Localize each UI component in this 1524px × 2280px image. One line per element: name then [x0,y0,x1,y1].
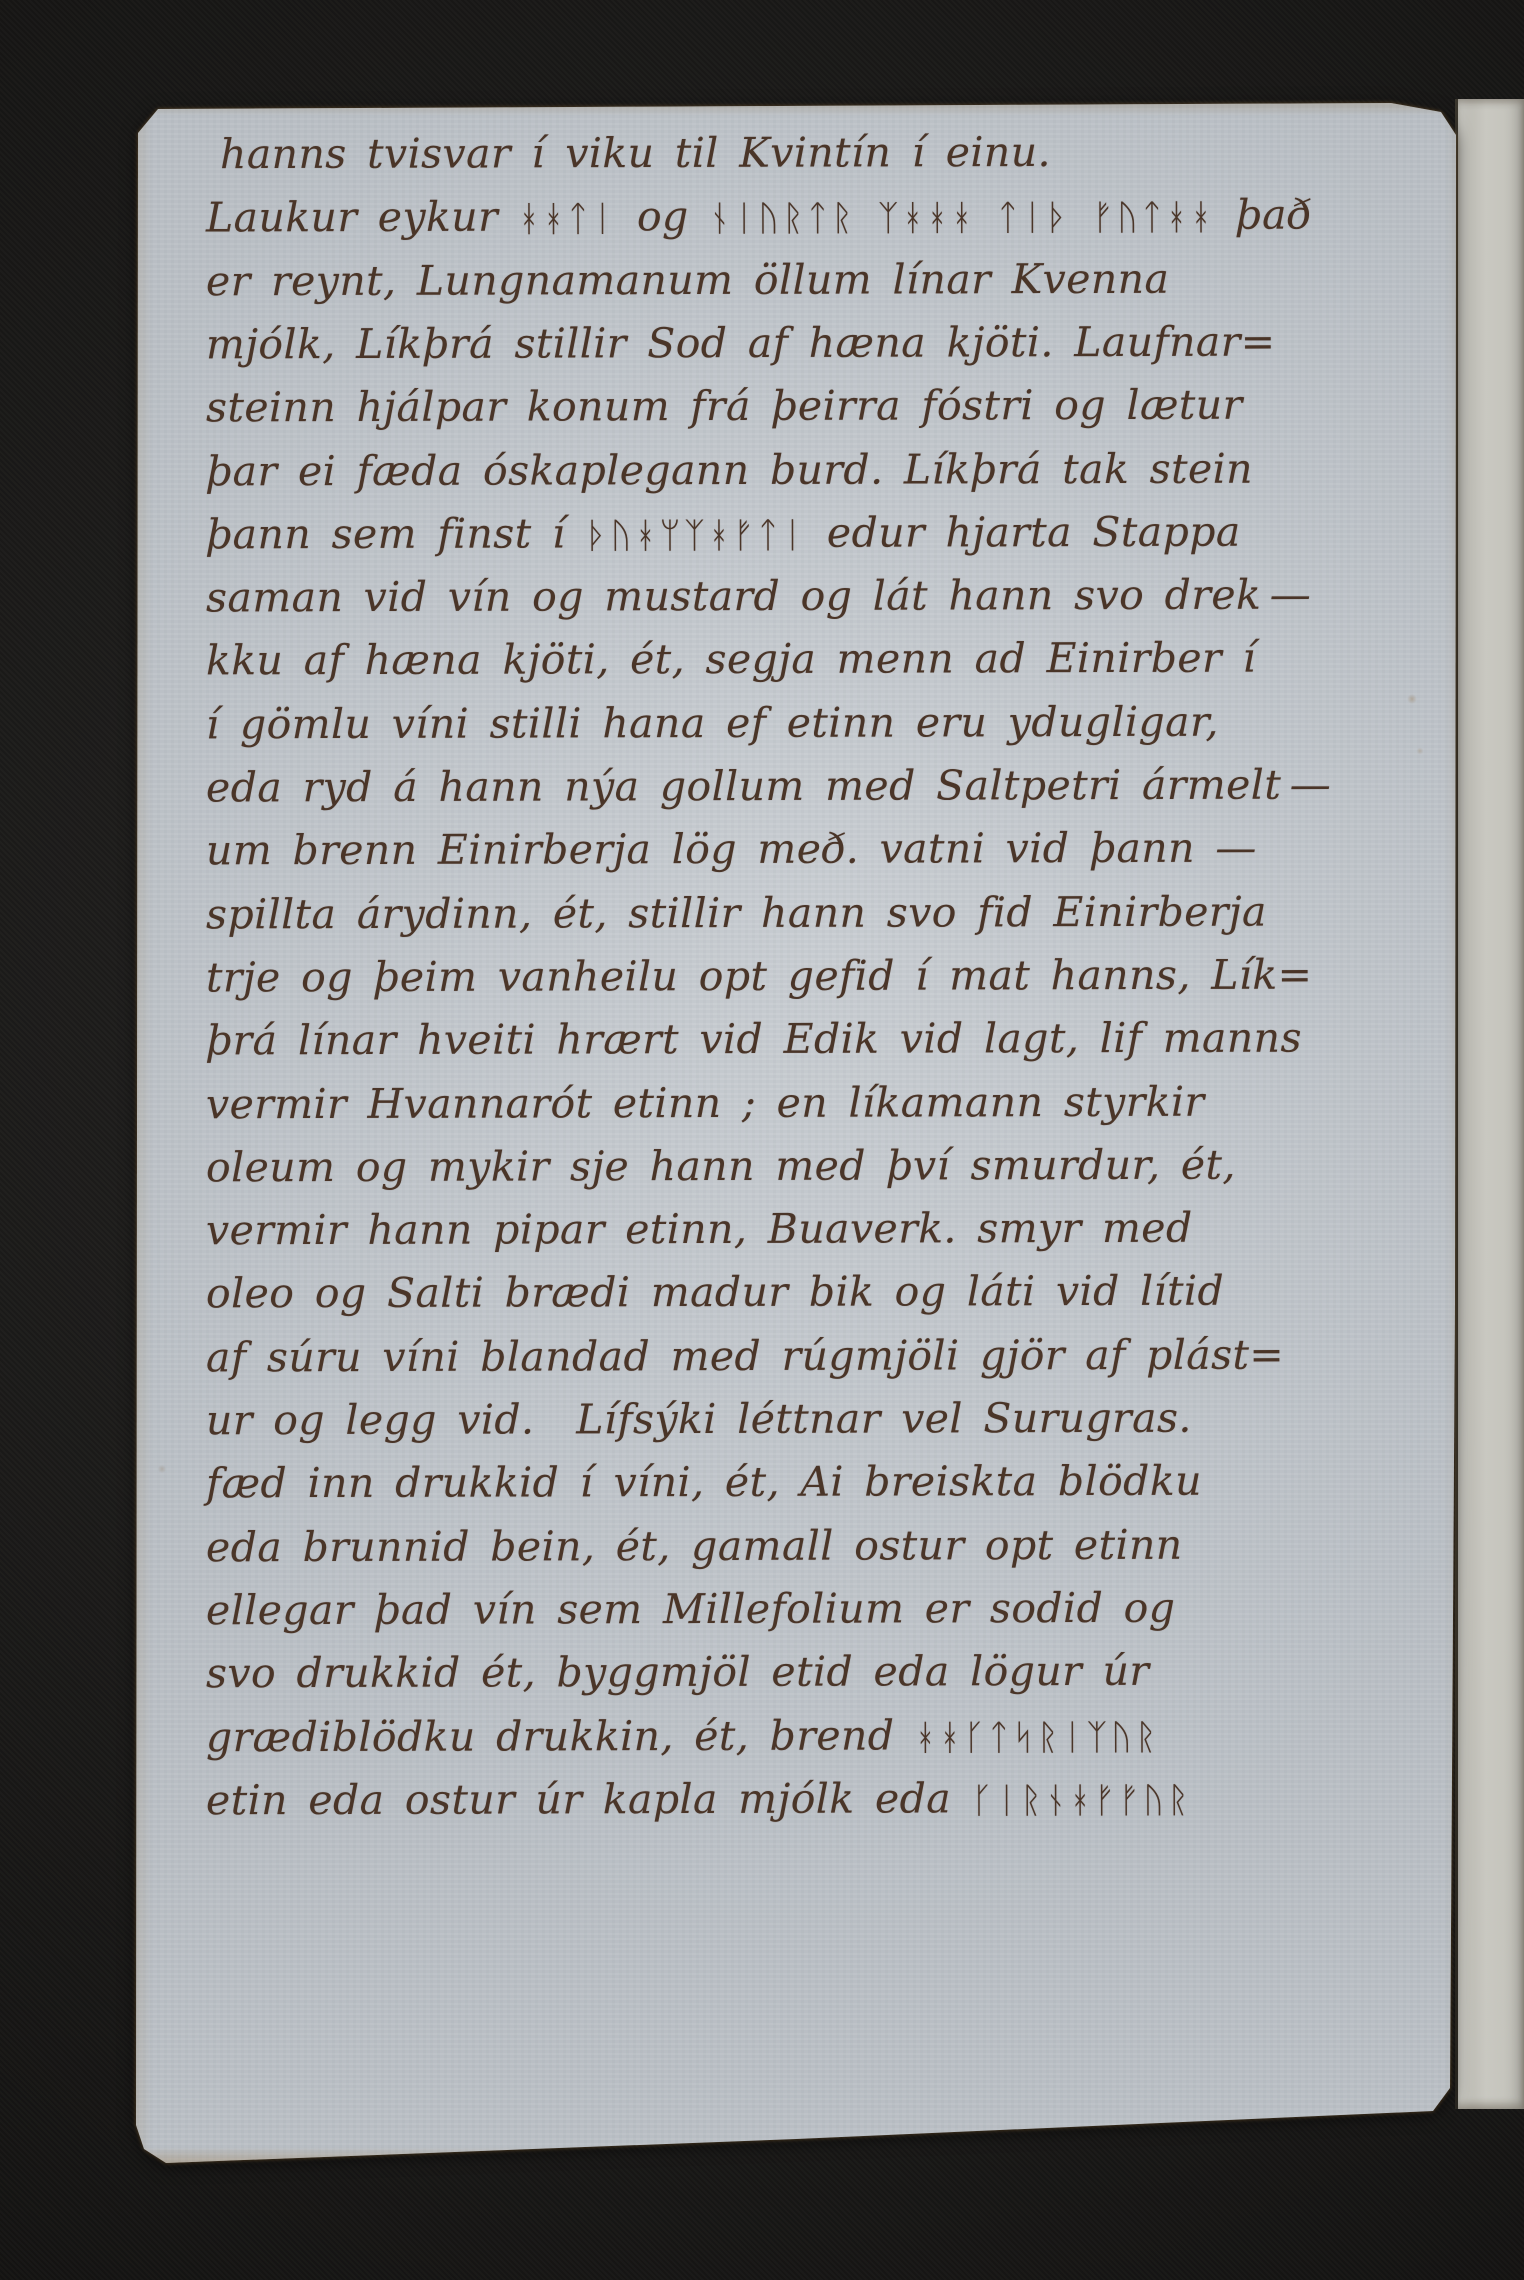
scan-photo: { "document": { "type": "handwritten-man… [0,0,1524,2280]
manuscript-line: trje og þeim vanheilu opt gefid í mat ha… [206,954,1312,998]
manuscript-line: vermir hann pipar etinn, Buaverk. smyr m… [206,1208,1193,1252]
manuscript-line: eda ryd á hann nýa gollum med Saltpetri … [206,765,1331,809]
handwriting-text: ur og legg vid. Lífsýki léttnar vel Suru… [206,1394,1192,1445]
manuscript-line: hanns tvisvar í viku til Kvintín í einu. [220,132,1051,175]
handwriting-text: mjólk, Líkþrá stillir Sod af hæna kjöti.… [206,317,1276,368]
manuscript-page: hanns tvisvar í viku til Kvintín í einu.… [136,103,1458,2165]
manuscript-line: grædiblödku drukkin, ét, brend ᚼᚼᚴᛏᛋᚱᛁᛉᚢ… [206,1714,1160,1757]
handwriting-text: edur hjarta Stappa [806,507,1240,556]
manuscript-line: vermir Hvannarót etinn ; en líkamann sty… [206,1081,1205,1125]
manuscript-line: er reynt, Lungnamanum öllum línar Kvenna [206,258,1169,302]
handwriting-text: fæd inn drukkid í víni, ét, Ai breiskta … [206,1457,1202,1508]
runic-cipher-text: ᚼᚼᚴᛏᛋᚱᛁᛉᚢᚱ [915,1717,1160,1758]
manuscript-page-wrap: hanns tvisvar í viku til Kvintín í einu.… [136,103,1458,2165]
handwriting-text: etin eda ostur úr kapla mjólk eda [206,1774,972,1824]
handwriting-text: hanns tvisvar í viku til Kvintín í einu. [220,128,1051,178]
adjacent-page-edge [1455,99,1524,2109]
runic-cipher-text: ᚾᛁᚢᚱᛏᚱ ᛉᚼᚼᚼ ᛏᛁᚦ ᚠᚢᛏᚼᚼ [709,198,1215,239]
manuscript-line: þrá línar hveiti hrært vid Edik vid lagt… [206,1018,1302,1062]
manuscript-line: þar ei fæda óskaplegann burd. Líkþrá tak… [206,448,1253,492]
handwriting-text: eda ryd á hann nýa gollum med Saltpetri … [206,761,1331,812]
handwriting-text: ellegar þad vín sem Millefolium er sodid… [206,1584,1175,1635]
handwriting-text: Laukur eykur [206,193,519,242]
manuscript-line: etin eda ostur úr kapla mjólk eda ᚴᛁᚱᚾᚼᚠ… [206,1778,1192,1822]
handwriting-text: spillta árydinn, ét, stillir hann svo fi… [206,887,1267,938]
handwriting-text: steinn hjálpar konum frá þeirra fóstri o… [206,381,1243,432]
manuscript-line: í gömlu víni stilli hana ef etinn eru yd… [206,701,1219,745]
handwriting-text: þrá línar hveiti hrært vid Edik vid lagt… [206,1014,1302,1065]
handwriting-text: oleum og mykir sje hann med því smurdur,… [206,1140,1236,1191]
manuscript-line: ur og legg vid. Lífsýki léttnar vel Suru… [206,1398,1192,1442]
handwriting-text: svo drukkid ét, byggmjöl etid eda lögur … [206,1647,1150,1697]
handwriting-text: vermir Hvannarót etinn ; en líkamann sty… [206,1077,1205,1128]
manuscript-line: af súru víni blandad med rúgmjöli gjör a… [206,1334,1284,1378]
handwriting-text: það [1215,191,1312,239]
manuscript-line: ellegar þad vín sem Millefolium er sodid… [206,1588,1175,1632]
runic-cipher-text: ᚦᚢᚼᛘᛉᚼᚠᛏᛁ [586,516,807,557]
runic-cipher-text: ᚼᚼᛏᛁ [518,200,616,240]
manuscript-line: svo drukkid ét, byggmjöl etid eda lögur … [206,1651,1149,1694]
handwriting-text: og [616,192,709,240]
manuscript-line: mjólk, Líkþrá stillir Sod af hæna kjöti.… [206,321,1276,365]
manuscript-line: Laukur eykur ᚼᚼᛏᛁ og ᚾᛁᚢᚱᛏᚱ ᛉᚼᚼᚼ ᛏᛁᚦ ᚠᚢᛏ… [206,195,1312,239]
manuscript-line: eda brunnid bein, ét, gamall ostur opt e… [206,1524,1183,1568]
handwriting-text: vermir hann pipar etinn, Buaverk. smyr m… [206,1204,1193,1255]
handwriting-text: þar ei fæda óskaplegann burd. Líkþrá tak… [206,444,1253,495]
photo-backdrop: hanns tvisvar í viku til Kvintín í einu.… [0,0,1524,2280]
manuscript-text-block: hanns tvisvar í viku til Kvintín í einu.… [206,103,1448,2165]
handwriting-text: um brenn Einirberja lög með. vatni vid þ… [206,824,1257,875]
handwriting-text: kku af hæna kjöti, ét, segja menn ad Ein… [206,634,1256,685]
manuscript-line: spillta árydinn, ét, stillir hann svo fi… [206,891,1267,935]
handwriting-text: trje og þeim vanheilu opt gefid í mat ha… [206,950,1312,1001]
manuscript-line: fæd inn drukkid í víni, ét, Ai breiskta … [206,1461,1202,1505]
handwriting-text: eda brunnid bein, ét, gamall ostur opt e… [206,1520,1183,1571]
handwriting-text: af súru víni blandad med rúgmjöli gjör a… [206,1330,1284,1381]
runic-cipher-text: ᚴᛁᚱᚾᚼᚠᚠᚢᚱ [971,1781,1192,1822]
manuscript-line: saman vid vín og mustard og lát hann svo… [206,575,1311,619]
manuscript-line: oleum og mykir sje hann med því smurdur,… [206,1144,1236,1188]
handwriting-text: grædiblödku drukkin, ét, brend [206,1711,915,1761]
handwriting-text: oleo og Salti brædi madur bik og láti vi… [206,1267,1224,1318]
manuscript-line: oleo og Salti brædi madur bik og láti vi… [206,1271,1224,1315]
manuscript-line: um brenn Einirberja lög með. vatni vid þ… [206,828,1257,872]
handwriting-text: þann sem finst í [206,509,586,558]
manuscript-line: steinn hjálpar konum frá þeirra fóstri o… [206,385,1243,429]
handwriting-text: er reynt, Lungnamanum öllum línar Kvenna [206,254,1169,305]
manuscript-line: þann sem finst í ᚦᚢᚼᛘᛉᚼᚠᛏᛁ edur hjarta S… [206,511,1241,555]
handwriting-text: í gömlu víni stilli hana ef etinn eru yd… [206,697,1219,748]
handwriting-text: saman vid vín og mustard og lát hann svo… [206,571,1311,622]
manuscript-line: kku af hæna kjöti, ét, segja menn ad Ein… [206,638,1256,682]
